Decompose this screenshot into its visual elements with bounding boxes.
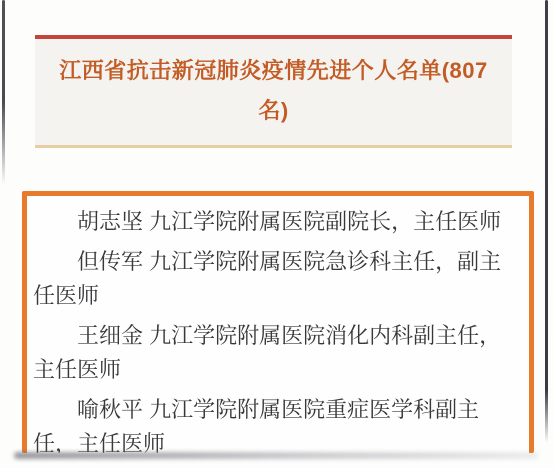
title-line-2: 名)	[45, 91, 502, 131]
page-edge-left-line	[2, 0, 5, 185]
honor-entry: 胡志坚 九江学院附属医院副院长，主任医师	[33, 205, 523, 239]
title-card: 江西省抗击新冠肺炎疫情先进个人名单(807 名)	[35, 35, 512, 148]
title-line-1: 江西省抗击新冠肺炎疫情先进个人名单(807	[45, 51, 502, 91]
honor-entry: 王细金 九江学院附属医院消化内科副主任，主任医师	[33, 319, 523, 387]
honor-entry: 喻秋平 九江学院附属医院重症医学科副主任，主任医师	[33, 393, 523, 453]
article-page: 江西省抗击新冠肺炎疫情先进个人名单(807 名) 胡志坚 九江学院附属医院副院长…	[0, 0, 554, 468]
page-edge-right-line	[545, 0, 548, 443]
honor-entry: 但传军 九江学院附属医院急诊科主任，副主任医师	[33, 245, 523, 313]
honor-list-box: 胡志坚 九江学院附属医院副院长，主任医师 但传军 九江学院附属医院急诊科主任，副…	[22, 191, 534, 453]
bottom-crop-shadow	[14, 452, 538, 459]
